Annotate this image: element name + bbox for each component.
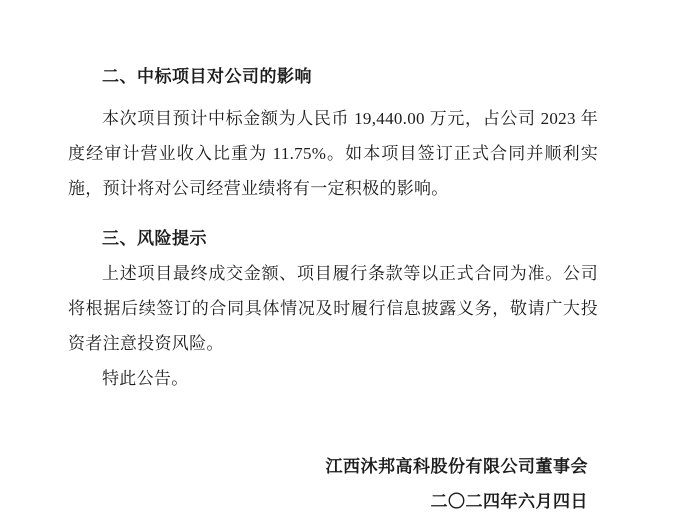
announcement-page: 二、中标项目对公司的影响 本次项目预计中标金额为人民币 19,440.00 万元… [0, 0, 679, 512]
signature-date: 二〇二四年六月四日 [68, 484, 588, 512]
signature-company: 江西沐邦高科股份有限公司董事会 [68, 449, 588, 484]
signature-block: 江西沐邦高科股份有限公司董事会 二〇二四年六月四日 [68, 449, 598, 512]
section-risk: 三、风险提示 上述项目最终成交金额、项目履行条款等以正式合同为准。公司将根据后续… [68, 221, 598, 396]
paragraph: 上述项目最终成交金额、项目履行条款等以正式合同为准。公司将根据后续签订的合同具体… [68, 256, 598, 361]
section-heading: 二、中标项目对公司的影响 [68, 59, 598, 94]
section-impact: 二、中标项目对公司的影响 本次项目预计中标金额为人民币 19,440.00 万元… [68, 59, 598, 206]
paragraph: 本次项目预计中标金额为人民币 19,440.00 万元，占公司 2023 年度经… [68, 101, 598, 206]
closing-statement: 特此公告。 [68, 361, 598, 396]
section-heading: 三、风险提示 [68, 221, 598, 256]
